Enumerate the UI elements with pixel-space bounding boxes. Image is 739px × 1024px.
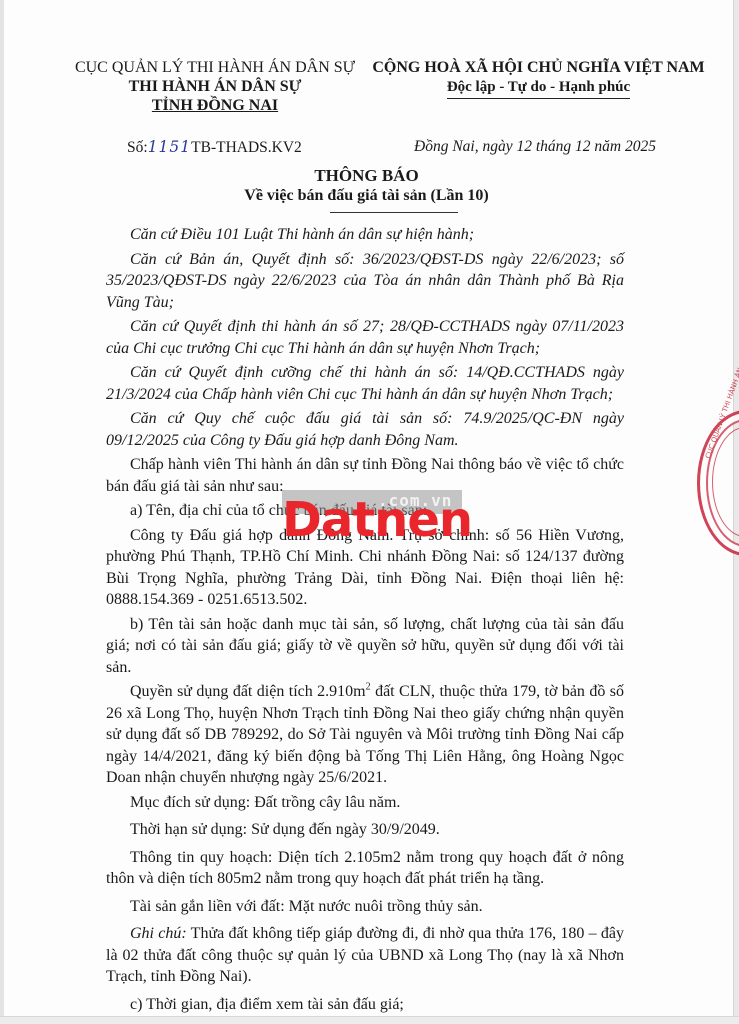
legal-basis-1: Căn cứ Điều 101 Luật Thi hành án dân sự … bbox=[106, 224, 624, 246]
document-title: THÔNG BÁO bbox=[0, 165, 733, 186]
agency-parent: CỤC QUẢN LÝ THI HÀNH ÁN DÂN SỰ bbox=[70, 58, 360, 77]
asset-description: Quyền sử dụng đất diện tích 2.910m2 đất … bbox=[106, 681, 624, 789]
legal-basis-2: Căn cứ Bản án, Quyết định số: 36/2023/QĐ… bbox=[106, 249, 624, 314]
legal-basis-4: Căn cứ Quyết định cưỡng chế thi hành án … bbox=[106, 362, 624, 405]
document-subtitle: Về việc bán đấu giá tài sản (Lần 10) bbox=[0, 186, 733, 206]
watermark-brand: Datnen bbox=[282, 494, 472, 546]
official-seal: CỤC QUẢN LÝ THI HÀNH ÁN bbox=[697, 410, 739, 556]
legal-basis-3: Căn cứ Quyết định thi hành án số 27; 28/… bbox=[106, 316, 624, 359]
document-number: Số:1151TB-THADS.KV2 bbox=[127, 138, 302, 157]
issuing-agency-block: CỤC QUẢN LÝ THI HÀNH ÁN DÂN SỰ THI HÀNH … bbox=[70, 58, 360, 115]
legal-basis-5: Căn cứ Quy chế cuộc đấu giá tài sản số: … bbox=[106, 408, 624, 451]
section-c-heading: c) Thời gian, địa điểm xem tài sản đấu g… bbox=[106, 994, 624, 1016]
datnen-watermark: .com.vn Datnen bbox=[282, 490, 462, 548]
title-divider bbox=[330, 212, 458, 213]
planning-info: Thông tin quy hoạch: Diện tích 2.105m2 n… bbox=[106, 847, 624, 890]
national-header-block: CỘNG HOÀ XÃ HỘI CHỦ NGHĨA VIỆT NAM Độc l… bbox=[366, 58, 711, 99]
note: Ghi chú: Thửa đất không tiếp giáp đường … bbox=[106, 923, 624, 988]
attached-assets: Tài sản gắn liền với đất: Mặt nước nuôi … bbox=[106, 896, 624, 918]
national-motto: Độc lập - Tự do - Hạnh phúc bbox=[447, 78, 630, 99]
handwritten-number: 1151 bbox=[148, 138, 191, 156]
page-left-edge bbox=[0, 0, 4, 1024]
section-b-heading: b) Tên tài sản hoặc danh mục tài sản, số… bbox=[106, 614, 624, 679]
place-and-date: Đồng Nai, ngày 12 tháng 12 năm 2025 bbox=[414, 138, 656, 156]
document-body: Căn cứ Điều 101 Luật Thi hành án dân sự … bbox=[106, 224, 624, 1021]
land-use-term: Thời hạn sử dụng: Sử dụng đến ngày 30/9/… bbox=[106, 819, 624, 841]
land-use-purpose: Mục đích sử dụng: Đất trồng cây lâu năm. bbox=[106, 792, 624, 814]
document-title-block: THÔNG BÁO Về việc bán đấu giá tài sản (L… bbox=[0, 165, 733, 206]
country-name: CỘNG HOÀ XÃ HỘI CHỦ NGHĨA VIỆT NAM bbox=[366, 58, 711, 78]
agency-name: THI HÀNH ÁN DÂN SỰ bbox=[70, 77, 360, 96]
agency-province: TỈNH ĐỒNG NAI bbox=[70, 96, 360, 115]
